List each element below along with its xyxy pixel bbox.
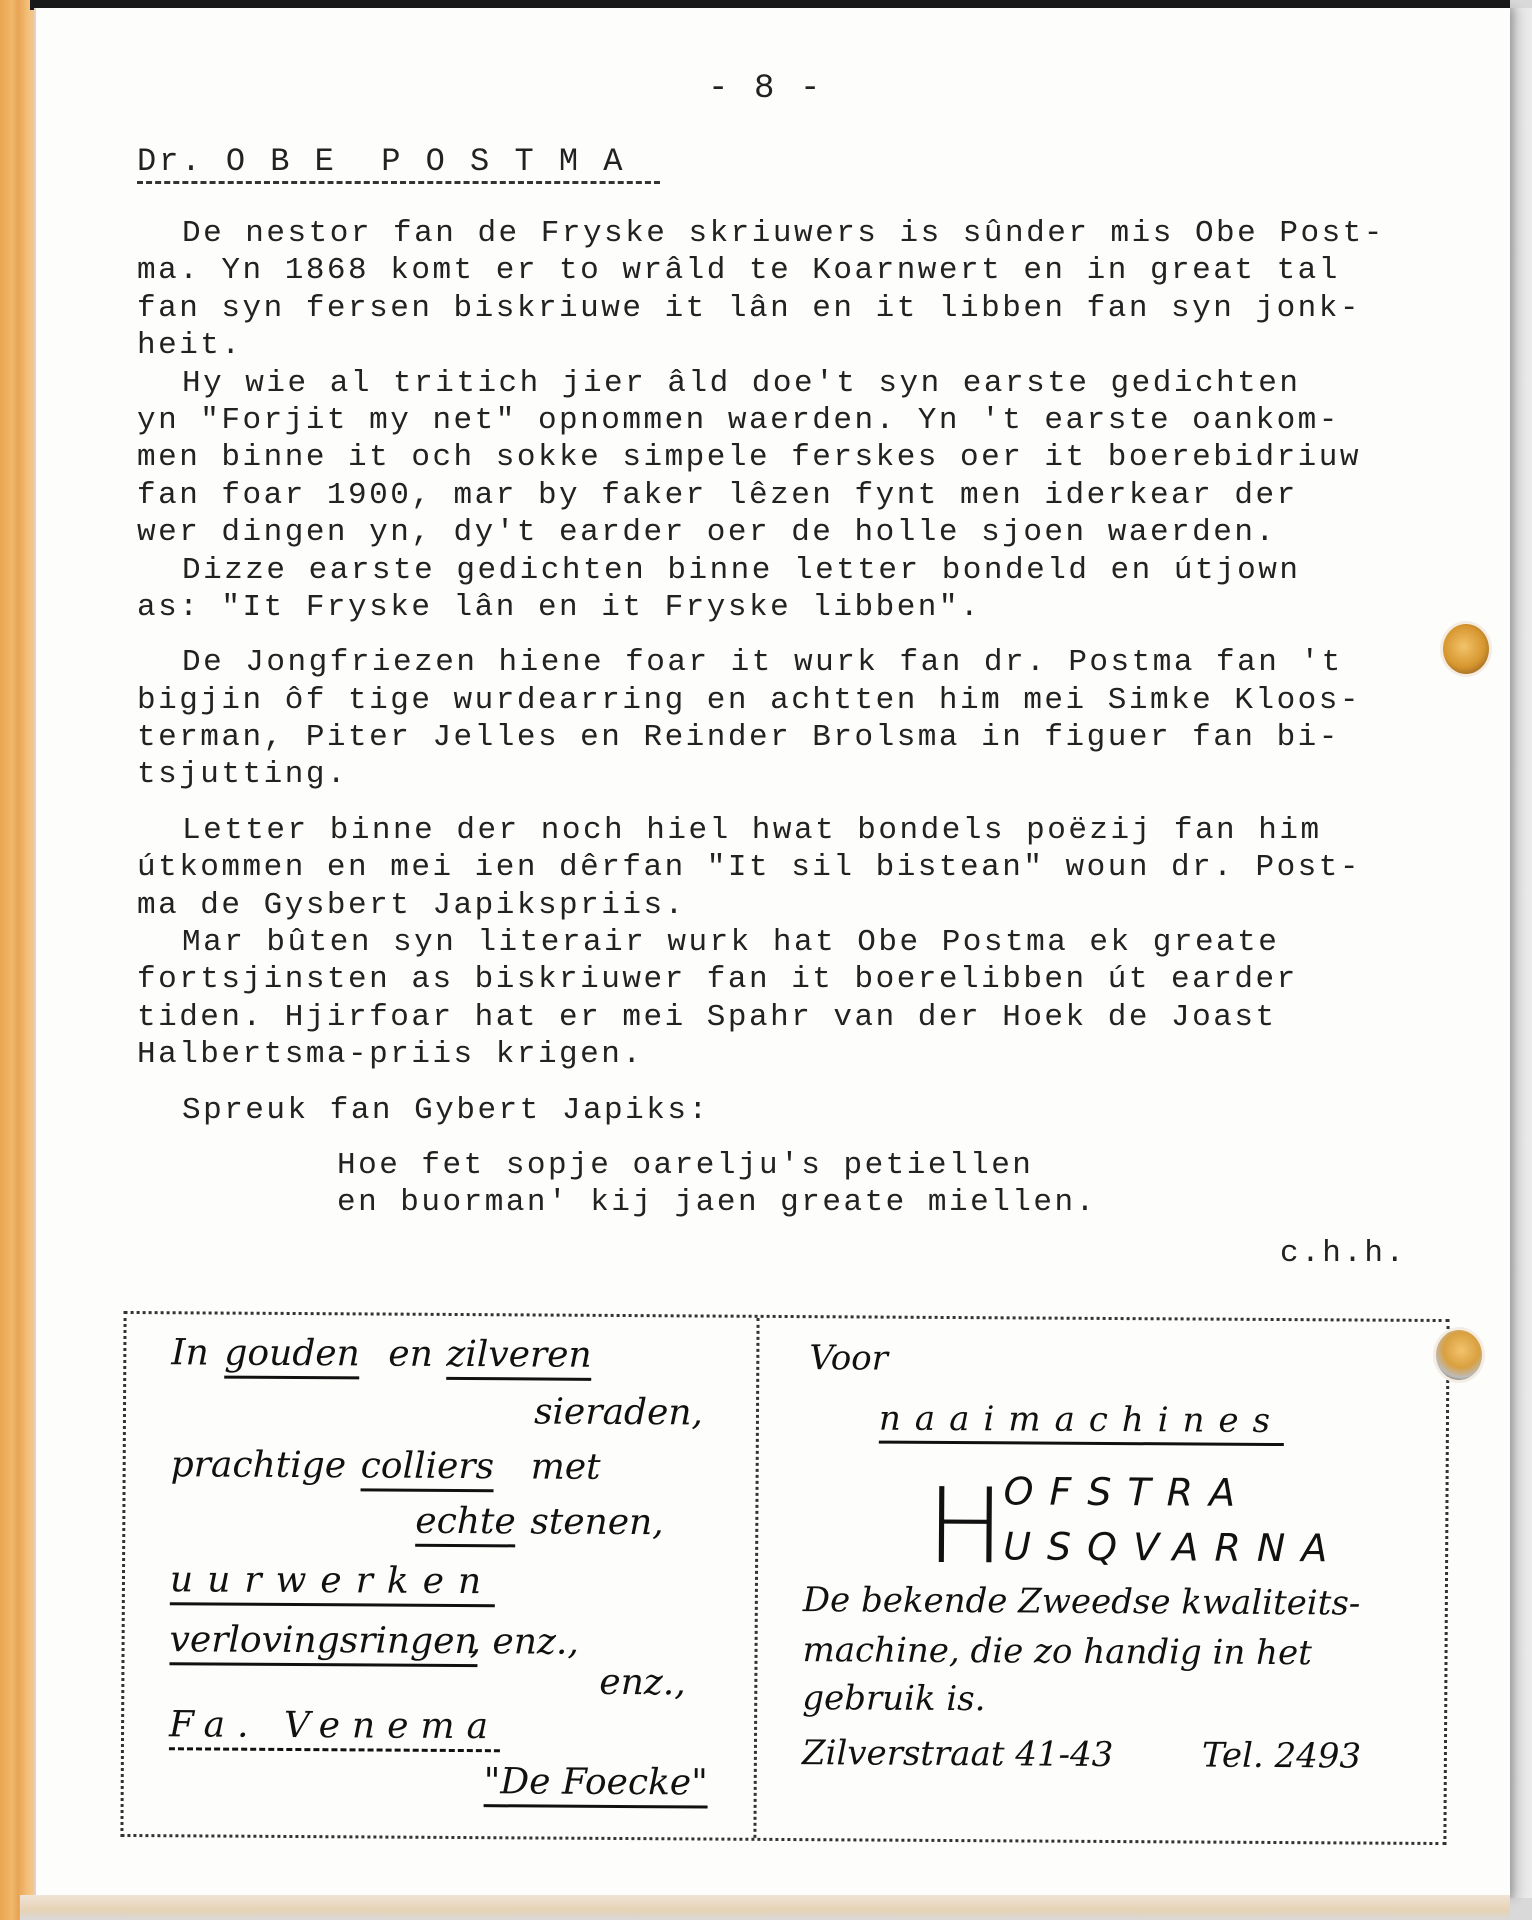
text-line: De nestor fan de Fryske skriuwers is sûn…: [137, 215, 1385, 252]
ad-text: gouden: [224, 1333, 360, 1380]
paragraph-gap: [137, 794, 1385, 812]
ad-product: naaimachines: [879, 1399, 1284, 1446]
text-line: terman, Piter Jelles en Reinder Brolsma …: [137, 719, 1385, 756]
ad-description: gebruik is.: [802, 1678, 985, 1719]
ad-text: Voor: [809, 1338, 888, 1378]
brand-line-1: OFSTRA: [1003, 1469, 1251, 1515]
brand-initial: H: [926, 1474, 1005, 1578]
title-underline: [137, 181, 660, 184]
ad-text: colliers: [361, 1445, 495, 1492]
author-signature: c.h.h.: [1280, 1236, 1407, 1271]
ad-text: stenen,: [530, 1501, 664, 1543]
advertisement-box: In gouden en zilveren sieraden, prachtig…: [120, 1311, 1449, 1845]
ad-description: machine, die zo handig in het: [802, 1630, 1312, 1673]
text-line: Halbertsma-priis krigen.: [137, 1036, 1385, 1073]
brand-line-2: USQVARNA: [1003, 1524, 1343, 1570]
bottom-edge: [20, 1895, 1510, 1920]
text-line: Spreuk fan Gybert Japiks:: [137, 1092, 1385, 1129]
text-line: as: "It Fryske lân en it Fryske libben".: [137, 589, 1385, 626]
ad-shop-subtitle: "De Foecke": [484, 1761, 708, 1808]
text-line: fortsjinsten as biskriuwer fan it boerel…: [137, 961, 1385, 998]
ad-text: In: [171, 1332, 209, 1373]
ad-text: echte: [415, 1501, 516, 1548]
ad-text: sieraden,: [534, 1391, 703, 1433]
text-line: Mar bûten syn literair wurk hat Obe Post…: [137, 924, 1385, 961]
text-line: yn "Forjit my net" opnommen waerden. Yn …: [137, 402, 1385, 439]
paragraph-gap: [137, 626, 1385, 644]
article-body: De nestor fan de Fryske skriuwers is sûn…: [137, 215, 1385, 1222]
text-line: wer dingen yn, dy't earder oer de holle …: [137, 514, 1385, 551]
ad-text: uurwerken: [170, 1559, 495, 1607]
text-line: Dizze earste gedichten binne letter bond…: [137, 552, 1385, 589]
text-line: De Jongfriezen hiene foar it wurk fan dr…: [137, 644, 1385, 681]
right-edge-shadow: [1508, 8, 1532, 1898]
staple-icon: [1443, 624, 1489, 674]
ad-address: Zilverstraat 41-43: [802, 1733, 1114, 1775]
paragraph-gap: [137, 1129, 1385, 1147]
ad-text: met: [531, 1446, 601, 1487]
ad-text: verlovingsringen: [169, 1619, 477, 1667]
verse-line: en buorman' kij jaen greate miellen.: [137, 1184, 1385, 1221]
verse-line: Hoe fet sopje oarelju's petiellen: [137, 1147, 1385, 1184]
text-line: ma de Gysbert Japikspriis.: [137, 887, 1385, 924]
paragraph-gap: [137, 1074, 1385, 1092]
text-line: fan foar 1900, mar by faker lêzen fynt m…: [137, 477, 1385, 514]
page-number: - 8 -: [708, 70, 823, 108]
ad-text: zilveren: [446, 1334, 592, 1381]
text-line: ma. Yn 1868 komt er to wrâld te Koarnwer…: [137, 252, 1385, 289]
ad-shop-name: Fa. Venema: [169, 1704, 500, 1752]
text-line: Letter binne der noch hiel hwat bondels …: [137, 812, 1385, 849]
text-line: tiden. Hjirfoar hat er mei Spahr van der…: [137, 999, 1385, 1036]
article-title: Dr. O B E P O S T M A: [137, 143, 625, 180]
text-line: tsjutting.: [137, 756, 1385, 793]
text-line: Hy wie al tritich jier âld doe't syn ear…: [137, 365, 1385, 402]
text-line: heit.: [137, 327, 1385, 364]
ad-phone: Tel. 2493: [1202, 1736, 1361, 1777]
ad-text: , enz.,: [469, 1621, 578, 1663]
text-line: útkommen en mei ien dêrfan "It sil biste…: [137, 849, 1385, 886]
text-line: men binne it och sokke simpele ferskes o…: [137, 439, 1385, 476]
staple-icon: [1436, 1330, 1482, 1380]
ad-sewing-machines: Voor naaimachines H OFSTRA USQVARNA De b…: [756, 1318, 1449, 1842]
text-line: bigjin ôf tige wurdearring en achtten hi…: [137, 682, 1385, 719]
ad-text: enz.,: [599, 1662, 686, 1704]
ad-description: De bekende Zweedse kwaliteits-: [803, 1580, 1361, 1623]
text-line: fan syn fersen biskriuwe it lân en it li…: [137, 290, 1385, 327]
ad-text: en: [388, 1334, 433, 1375]
ad-text: prachtige: [171, 1444, 347, 1486]
